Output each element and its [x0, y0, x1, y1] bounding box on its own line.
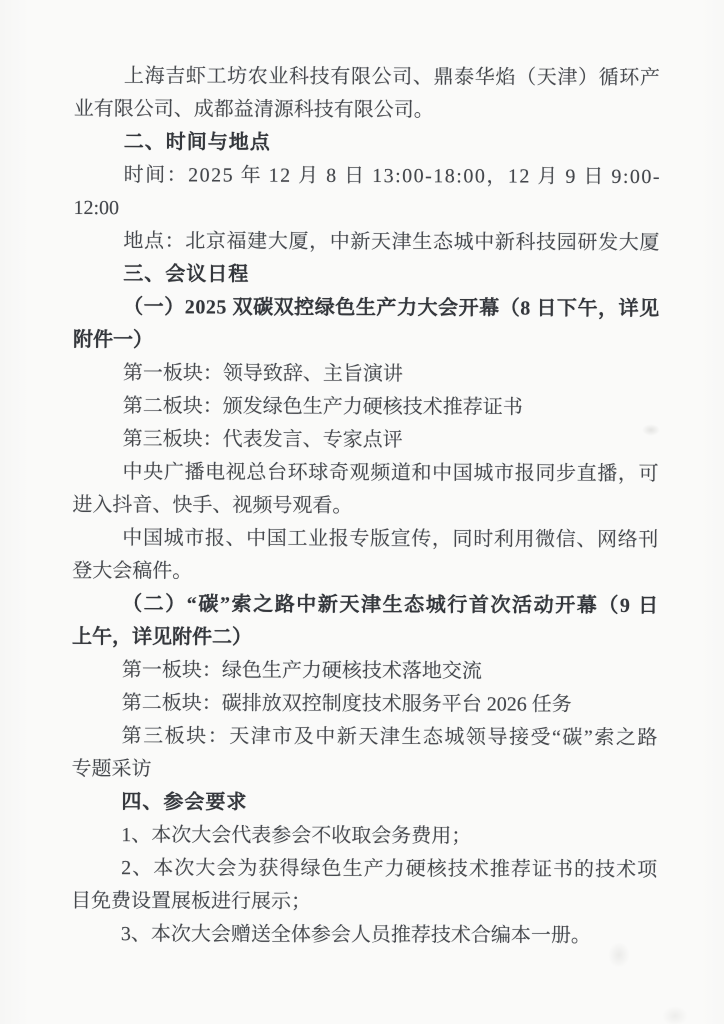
text-line-content: 第一板块：绿色生产力硬核技术落地交流 [122, 654, 482, 688]
text-line: 三、会议日程 [73, 258, 659, 293]
text-line-content: 第三板块：天津市及中新天津生态城领导接受“碳”索之路 [122, 720, 659, 755]
text-line-content: 时间：2025 年 12 月 8 日 13:00-18:00，12 月 9 日 … [124, 159, 662, 194]
text-line-content: 上海吉虾工坊农业科技有限公司、鼎泰华焰（天津）循环产 [124, 60, 661, 95]
text-line-content: 专题采访 [71, 753, 151, 786]
text-line: 上午，详见附件二） [72, 621, 658, 656]
text-line: 目免费设置展板进行展示； [71, 885, 657, 920]
text-line-content: 目免费设置展板进行展示； [71, 885, 311, 919]
text-line: 中央广播电视总台环球奇观频道和中国城市报同步直播，可 [73, 456, 659, 491]
text-line: 第三板块：代表发言、专家点评 [73, 423, 659, 458]
text-line-content: （二）“碳”索之路中新天津生态城行首次活动开幕（9 日 [122, 588, 660, 623]
text-line-content: 第一板块：领导致辞、主旨演讲 [123, 357, 403, 391]
text-line: 12:00 [73, 192, 659, 227]
text-line: 二、时间与地点 [74, 126, 660, 161]
document-body: 上海吉虾工坊农业科技有限公司、鼎泰华焰（天津）循环产业有限公司、成都益清源科技有… [71, 60, 660, 953]
text-line-content: 进入抖音、快手、视频号观看。 [72, 489, 352, 523]
text-line-content: 业有限公司、成都益清源科技有限公司。 [74, 93, 434, 127]
text-line-content: 12:00 [73, 192, 119, 225]
text-line-content: 2、本次大会为获得绿色生产力硬核技术推荐证书的技术项 [121, 852, 658, 887]
text-line: 中国城市报、中国工业报专版宣传，同时利用微信、网络刊 [72, 522, 658, 557]
text-line: 业有限公司、成都益清源科技有限公司。 [74, 93, 660, 128]
text-line-content: 地点：北京福建大厦，中新天津生态城中新科技园研发大厦 [123, 225, 660, 260]
text-line: 第二板块：碳排放双控制度技术服务平台 2026 任务 [72, 687, 658, 722]
text-line-content: 第二板块：颁发绿色生产力硬核技术推荐证书 [123, 390, 523, 424]
text-line-content: 3、本次大会赠送全体参会人员推荐技术合编本一册。 [121, 918, 591, 953]
text-line-content: 四、参会要求 [121, 786, 247, 819]
text-line: 第二板块：颁发绿色生产力硬核技术推荐证书 [73, 390, 659, 425]
text-line-content: 附件一） [73, 324, 153, 357]
text-line-content: 上午，详见附件二） [72, 621, 252, 655]
text-line: 附件一） [73, 324, 659, 359]
text-line: 进入抖音、快手、视频号观看。 [72, 489, 658, 524]
text-line: 专题采访 [71, 753, 657, 788]
scan-artifact [662, 1006, 688, 1024]
text-line: 时间：2025 年 12 月 8 日 13:00-18:00，12 月 9 日 … [74, 159, 660, 194]
text-line: 3、本次大会赠送全体参会人员推荐技术合编本一册。 [71, 918, 657, 953]
text-line-content: 1、本次大会代表参会不收取会务费用； [121, 819, 471, 853]
text-line-content: 中央广播电视总台环球奇观频道和中国城市报同步直播，可 [123, 456, 660, 491]
text-line: 第一板块：绿色生产力硬核技术落地交流 [72, 654, 658, 689]
text-line-content: 第二板块：碳排放双控制度技术服务平台 2026 任务 [122, 687, 572, 722]
text-line: 第一板块：领导致辞、主旨演讲 [73, 357, 659, 392]
text-line: 四、参会要求 [71, 786, 657, 821]
text-line: 登大会稿件。 [72, 555, 658, 590]
text-line-content: 二、时间与地点 [124, 126, 271, 160]
text-line: 第三板块：天津市及中新天津生态城领导接受“碳”索之路 [72, 720, 658, 755]
text-line-content: 中国城市报、中国工业报专版宣传，同时利用微信、网络刊 [122, 522, 659, 557]
text-line: （二）“碳”索之路中新天津生态城行首次活动开幕（9 日 [72, 588, 658, 623]
text-line: 地点：北京福建大厦，中新天津生态城中新科技园研发大厦 [73, 225, 659, 260]
text-line: 上海吉虾工坊农业科技有限公司、鼎泰华焰（天津）循环产 [74, 60, 660, 95]
text-line-content: （一）2025 双碳双控绿色生产力大会开幕（8 日下午，详见 [123, 291, 660, 326]
text-line-content: 三、会议日程 [123, 258, 249, 291]
text-line-content: 登大会稿件。 [72, 555, 192, 588]
text-line: 1、本次大会代表参会不收取会务费用； [71, 819, 657, 854]
text-line: （一）2025 双碳双控绿色生产力大会开幕（8 日下午，详见 [73, 291, 659, 326]
text-line-content: 第三板块：代表发言、专家点评 [123, 423, 403, 457]
text-line: 2、本次大会为获得绿色生产力硬核技术推荐证书的技术项 [71, 852, 657, 887]
scanned-document-page: 上海吉虾工坊农业科技有限公司、鼎泰华焰（天津）循环产业有限公司、成都益清源科技有… [0, 0, 724, 1024]
